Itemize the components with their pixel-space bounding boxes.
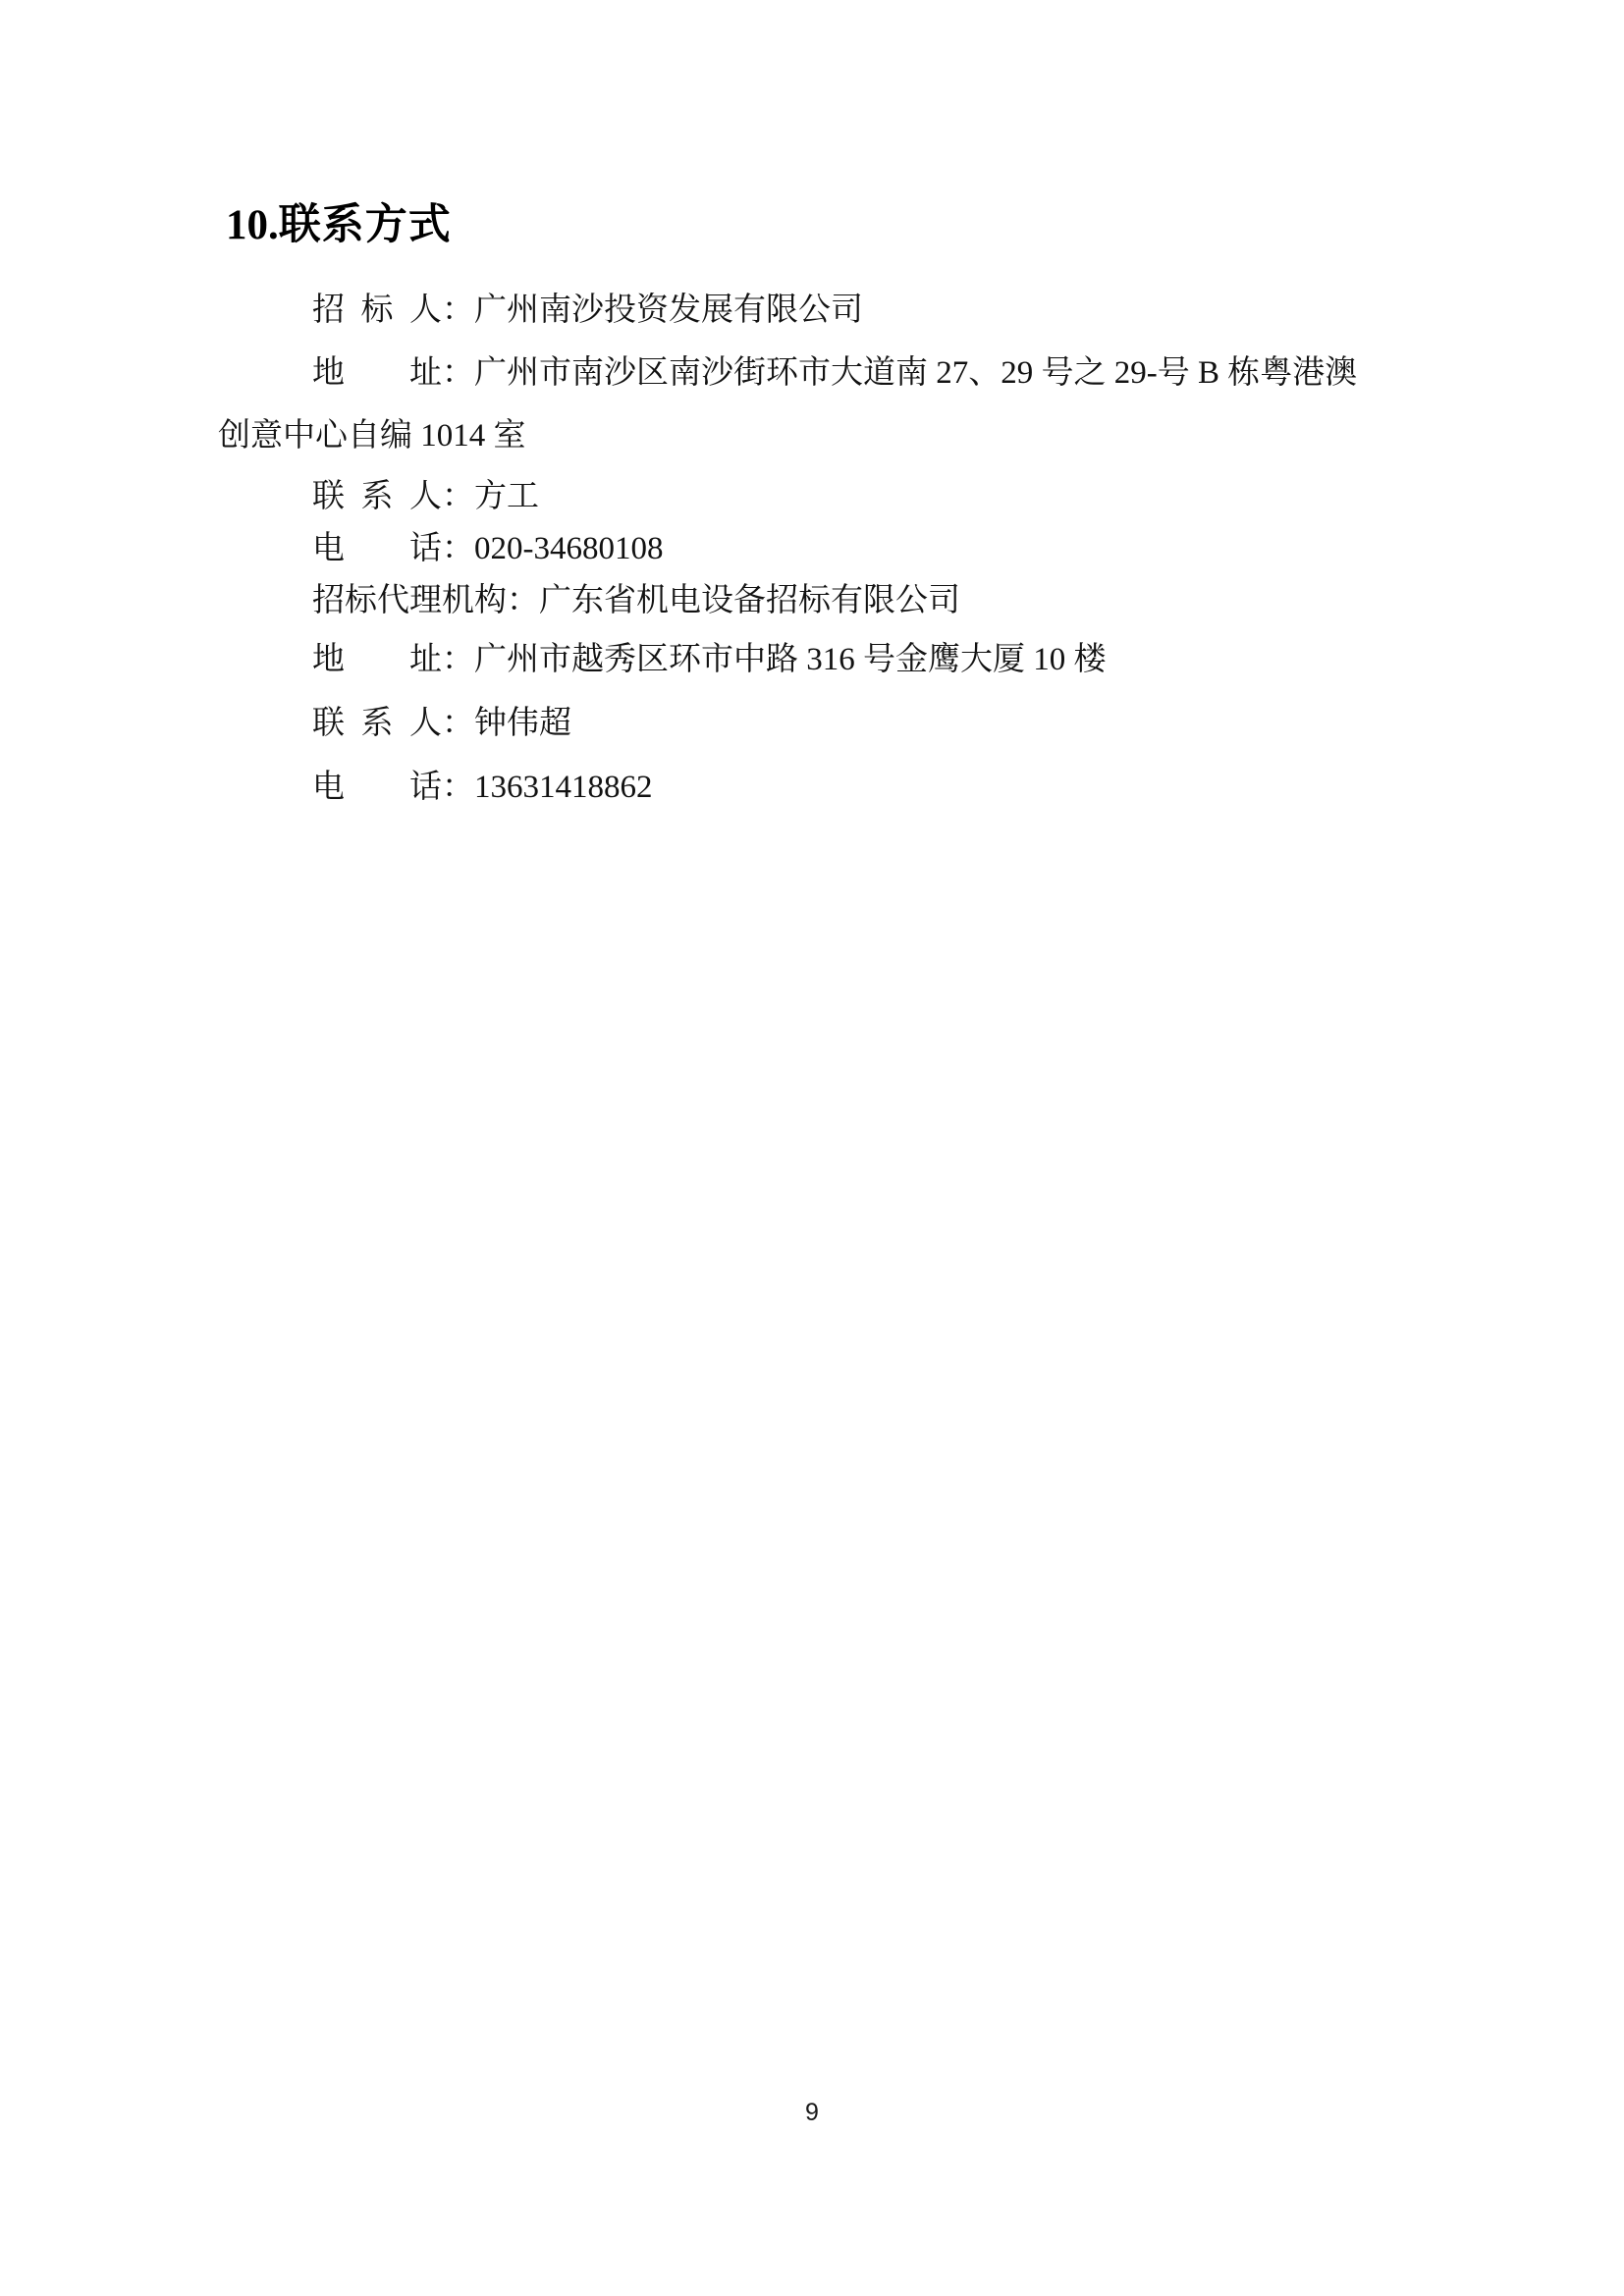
- page-number: 9: [0, 2099, 1624, 2127]
- field-value: 广东省机电设备招标有限公司: [539, 583, 960, 618]
- field-colon: ：: [507, 583, 539, 620]
- field-label: 电话: [312, 770, 442, 807]
- field-colon: ：: [442, 293, 474, 330]
- contact-line-tenderer-phone: 电话：020-34680108: [312, 531, 664, 568]
- field-label: 招标人: [312, 293, 442, 330]
- field-label: 联系人: [312, 479, 442, 516]
- contact-line-tenderer-address: 地址：广州市南沙区南沙街环市大道南 27、29 号之 29-号 B 栋粤港澳: [312, 355, 1357, 393]
- field-value: 广州市越秀区环市中路 316 号金鹰大厦 10 楼: [474, 642, 1107, 677]
- contact-line-tenderer-contact-person: 联系人：方工: [312, 479, 539, 516]
- field-value: 13631418862: [474, 770, 653, 805]
- field-colon: ：: [442, 531, 474, 568]
- field-label: 电话: [312, 531, 442, 568]
- field-label: 地址: [312, 355, 442, 393]
- contact-line-tenderer: 招标人：广州南沙投资发展有限公司: [312, 293, 863, 330]
- contact-line-tenderer-address-continuation: 创意中心自编 1014 室: [218, 418, 526, 455]
- field-colon: ：: [442, 479, 474, 516]
- field-label: 招标代理机构: [312, 583, 507, 620]
- field-label: 地址: [312, 642, 442, 679]
- field-value: 创意中心自编 1014 室: [218, 418, 526, 454]
- contact-line-agency-phone: 电话：13631418862: [312, 770, 653, 807]
- field-colon: ：: [442, 706, 474, 743]
- field-colon: ：: [442, 770, 474, 807]
- field-value: 020-34680108: [474, 531, 664, 566]
- field-value: 广州南沙投资发展有限公司: [474, 293, 863, 328]
- contact-line-agency: 招标代理机构：广东省机电设备招标有限公司: [312, 583, 960, 620]
- field-value: 钟伟超: [474, 706, 571, 741]
- field-value: 广州市南沙区南沙街环市大道南 27、29 号之 29-号 B 栋粤港澳: [474, 355, 1357, 391]
- section-heading-number: 10.: [226, 202, 279, 248]
- contact-line-agency-contact-person: 联系人：钟伟超: [312, 706, 571, 743]
- field-colon: ：: [442, 642, 474, 679]
- field-colon: ：: [442, 355, 474, 393]
- field-value: 方工: [474, 479, 539, 514]
- document-page: 10.联系方式 招标人：广州南沙投资发展有限公司 地址：广州市南沙区南沙街环市大…: [0, 0, 1624, 2296]
- contact-line-agency-address: 地址：广州市越秀区环市中路 316 号金鹰大厦 10 楼: [312, 642, 1107, 679]
- field-label: 联系人: [312, 706, 442, 743]
- section-heading-title: 联系方式: [279, 201, 452, 248]
- section-heading: 10.联系方式: [226, 202, 452, 248]
